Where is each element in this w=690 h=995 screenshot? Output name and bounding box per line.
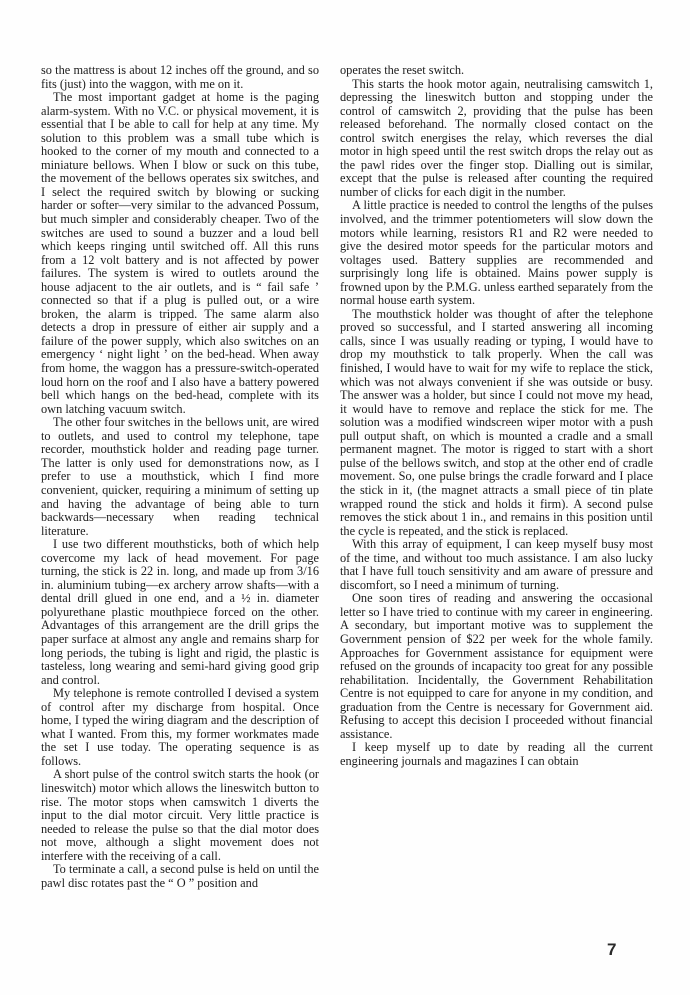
paragraph: I use two different mouthsticks, both of…: [41, 538, 319, 687]
left-column: so the mattress is about 12 inches off t…: [41, 64, 319, 890]
paragraph: operates the reset switch.: [340, 64, 653, 78]
paragraph: This starts the hook motor again, neutra…: [340, 78, 653, 200]
paragraph: One soon tires of reading and answering …: [340, 592, 653, 741]
paragraph: The other four switches in the bellows u…: [41, 416, 319, 538]
paragraph: A short pulse of the control switch star…: [41, 768, 319, 863]
paragraph: With this array of equipment, I can keep…: [340, 538, 653, 592]
paragraph: My telephone is remote controlled I devi…: [41, 687, 319, 768]
right-column: operates the reset switch. This starts t…: [340, 64, 653, 768]
paragraph: A little practice is needed to control t…: [340, 199, 653, 307]
paragraph: I keep myself up to date by reading all …: [340, 741, 653, 768]
paragraph: To terminate a call, a second pulse is h…: [41, 863, 319, 890]
paragraph: so the mattress is about 12 inches off t…: [41, 64, 319, 91]
paragraph: The mouthstick holder was thought of aft…: [340, 308, 653, 538]
paragraph: The most important gadget at home is the…: [41, 91, 319, 416]
document-page: so the mattress is about 12 inches off t…: [0, 0, 690, 995]
page-number: 7: [607, 940, 616, 960]
